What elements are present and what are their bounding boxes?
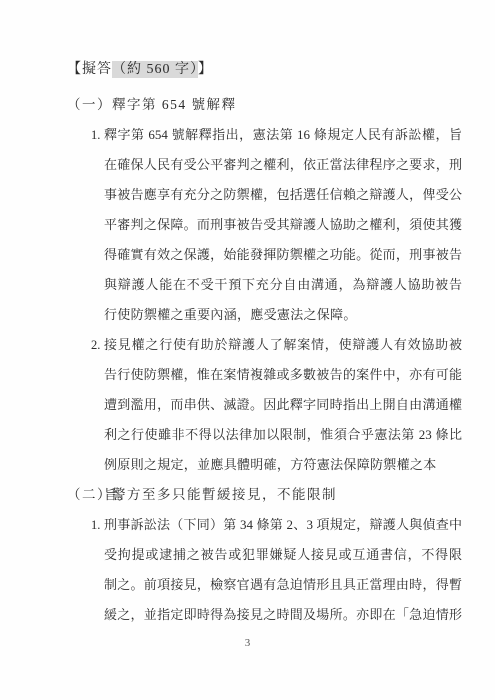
text-line: 告行使防禦權，惟在案情複雜或多數被告的案件中，亦有可能 bbox=[104, 360, 462, 390]
list-item-1-2: 2.接見權之行使有助於辯護人了解案情，使辯護人有效協助被 告行使防禦權，惟在案情… bbox=[67, 330, 462, 480]
page-number: 3 bbox=[0, 633, 495, 653]
list-item-number: 2. bbox=[91, 330, 100, 360]
text-line: 遭到濫用，而串供、滅證。因此釋字同時指出上開自由溝通權 bbox=[104, 390, 462, 420]
text-line: 利之行使雖非不得以法律加以限制，惟須合乎憲法第 23 條比 bbox=[104, 420, 462, 450]
word-count-highlight: （約 560 字） bbox=[112, 61, 198, 78]
answer-header: 【擬答（約 560 字）】 bbox=[67, 55, 462, 85]
text-line: 受拘提或逮捕之被告或犯罪嫌疑人接見或互通書信，不得限 bbox=[104, 540, 462, 570]
text-line: 在確保人民有受公平審判之權利，依正當法律程序之要求，刑 bbox=[104, 150, 462, 180]
page-content: 【擬答（約 560 字）】 （一）釋字第 654 號解釋 1.釋字第 654 號… bbox=[67, 0, 462, 630]
text-line: 事被告應享有充分之防禦權，包括選任信賴之辯護人，俾受公 bbox=[104, 180, 462, 210]
list-item-number: 1. bbox=[91, 120, 100, 150]
document-page: 【擬答（約 560 字）】 （一）釋字第 654 號解釋 1.釋字第 654 號… bbox=[0, 0, 495, 700]
text-line-content: 釋字第 654 號解釋指出，憲法第 16 條規定人民有訴訟權，旨 bbox=[104, 127, 462, 142]
text-line-content: 接見權之行使有助於辯護人了解案情，使辯護人有效協助被 bbox=[104, 337, 462, 352]
text-line: 得確實有效之保護，始能發揮防禦權之功能。從而，刑事被告 bbox=[104, 240, 462, 270]
text-line: 1.刑事訴訟法（下同）第 34 條第 2、3 項規定，辯護人與偵查中 bbox=[104, 510, 462, 540]
text-line: 例原則之規定，並應具體明確，方符憲法保障防禦權之本旨。 bbox=[104, 450, 462, 480]
section-heading-1: （一）釋字第 654 號解釋 bbox=[67, 90, 462, 120]
text-line-content: 刑事訴訟法（下同）第 34 條第 2、3 項規定，辯護人與偵查中 bbox=[104, 517, 462, 532]
list-item-number: 1. bbox=[91, 510, 100, 540]
text-line: 緩之，並指定即時得為接見之時間及場所。亦即在「急迫情形 bbox=[104, 600, 462, 630]
text-line: 與辯護人能在不受干預下充分自由溝通，為辯護人協助被告 bbox=[104, 270, 462, 300]
text-line: 2.接見權之行使有助於辯護人了解案情，使辯護人有效協助被 bbox=[104, 330, 462, 360]
answer-header-suffix: 】 bbox=[198, 62, 213, 77]
answer-header-prefix: 【擬答 bbox=[67, 62, 112, 77]
list-item-2-1: 1.刑事訴訟法（下同）第 34 條第 2、3 項規定，辯護人與偵查中 受拘提或逮… bbox=[67, 510, 462, 630]
text-line: 制之。前項接見，檢察官遇有急迫情形且具正當理由時，得暫 bbox=[104, 570, 462, 600]
text-line: 行使防禦權之重要內涵，應受憲法之保障。 bbox=[104, 300, 462, 330]
text-line: 平審判之保障。而刑事被告受其辯護人協助之權利，須使其獲 bbox=[104, 210, 462, 240]
list-item-1-1: 1.釋字第 654 號解釋指出，憲法第 16 條規定人民有訴訟權，旨 在確保人民… bbox=[67, 120, 462, 330]
text-line: 1.釋字第 654 號解釋指出，憲法第 16 條規定人民有訴訟權，旨 bbox=[104, 120, 462, 150]
